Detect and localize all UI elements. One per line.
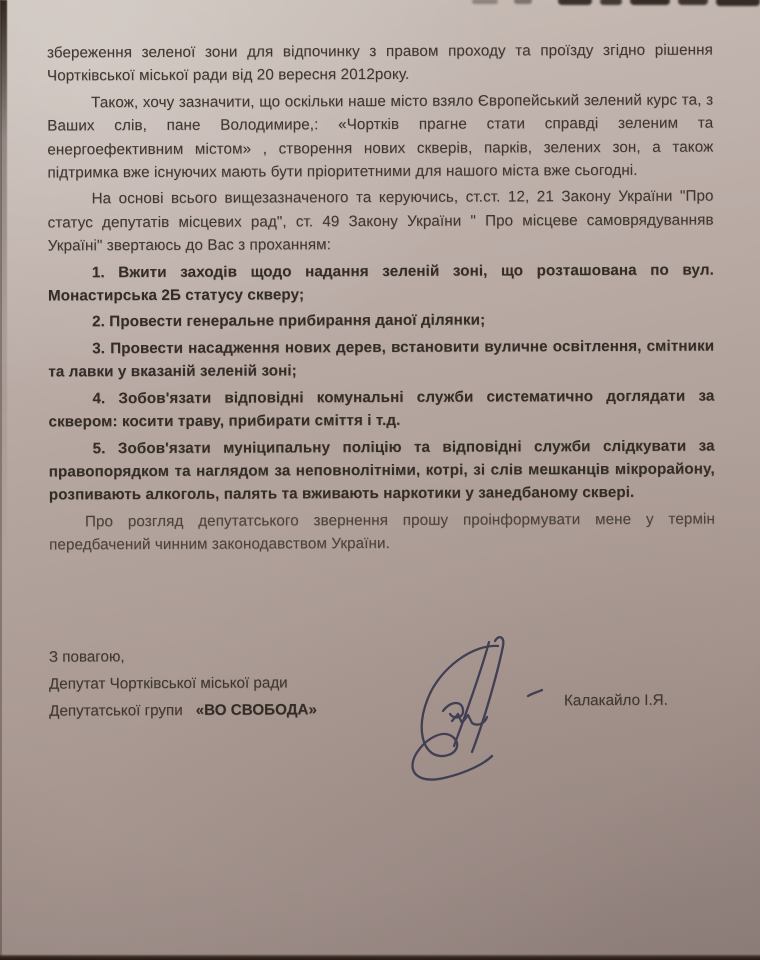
cut-off-handwriting-top-edge bbox=[430, 0, 760, 9]
ink-mark bbox=[514, 0, 532, 4]
ink-mark bbox=[678, 0, 708, 5]
photo-bottom-edge-shadow bbox=[0, 954, 760, 960]
request-item-4: 4. Зобов'язати відповідні комунальні слу… bbox=[48, 384, 714, 434]
ink-mark bbox=[472, 0, 498, 4]
ink-mark bbox=[558, 0, 592, 5]
request-item-5: 5. Зобов'язати муніципальну поліцію та в… bbox=[49, 434, 715, 507]
request-item-2: 2. Провести генеральне прибирання даної … bbox=[48, 308, 714, 334]
signoff-party-name: «ВО СВОБОДА» bbox=[196, 701, 317, 719]
paragraph-legal-basis: На основі всього вищезазначеного та керу… bbox=[48, 185, 714, 258]
paragraph-green-course: Також, хочу зазначити, що оскільки наше … bbox=[47, 88, 713, 185]
ink-mark bbox=[600, 0, 622, 5]
signoff-block: З повагою, Депутат Чортківської міської … bbox=[49, 642, 317, 724]
signoff-group-prefix: Депутатської групи bbox=[49, 702, 183, 720]
ink-mark bbox=[630, 0, 670, 5]
signature-ink bbox=[388, 626, 558, 786]
photo-left-edge-line bbox=[0, 0, 2, 960]
paragraph-closing-request: Про розгляд депутатського звернення прош… bbox=[49, 507, 715, 557]
document-photo: збереження зеленої зони для відпочинку з… bbox=[0, 0, 760, 960]
signoff-regards: З повагою, bbox=[49, 642, 317, 670]
signatory-name: Калакайло І.Я. bbox=[564, 692, 668, 710]
request-item-1: 1. Вжити заходів щодо надання зеленій зо… bbox=[48, 258, 714, 308]
signoff-title-line: Депутат Чортківської міської ради bbox=[49, 669, 317, 697]
paragraph-continuation: збереження зеленої зони для відпочинку з… bbox=[47, 39, 713, 89]
letter-body: збереження зеленої зони для відпочинку з… bbox=[47, 39, 715, 560]
signoff-group-line: Депутатської групи«ВО СВОБОДА» bbox=[49, 696, 317, 724]
ink-mark bbox=[716, 0, 760, 6]
request-item-3: 3. Провести насадження нових дерев, вста… bbox=[48, 334, 714, 384]
